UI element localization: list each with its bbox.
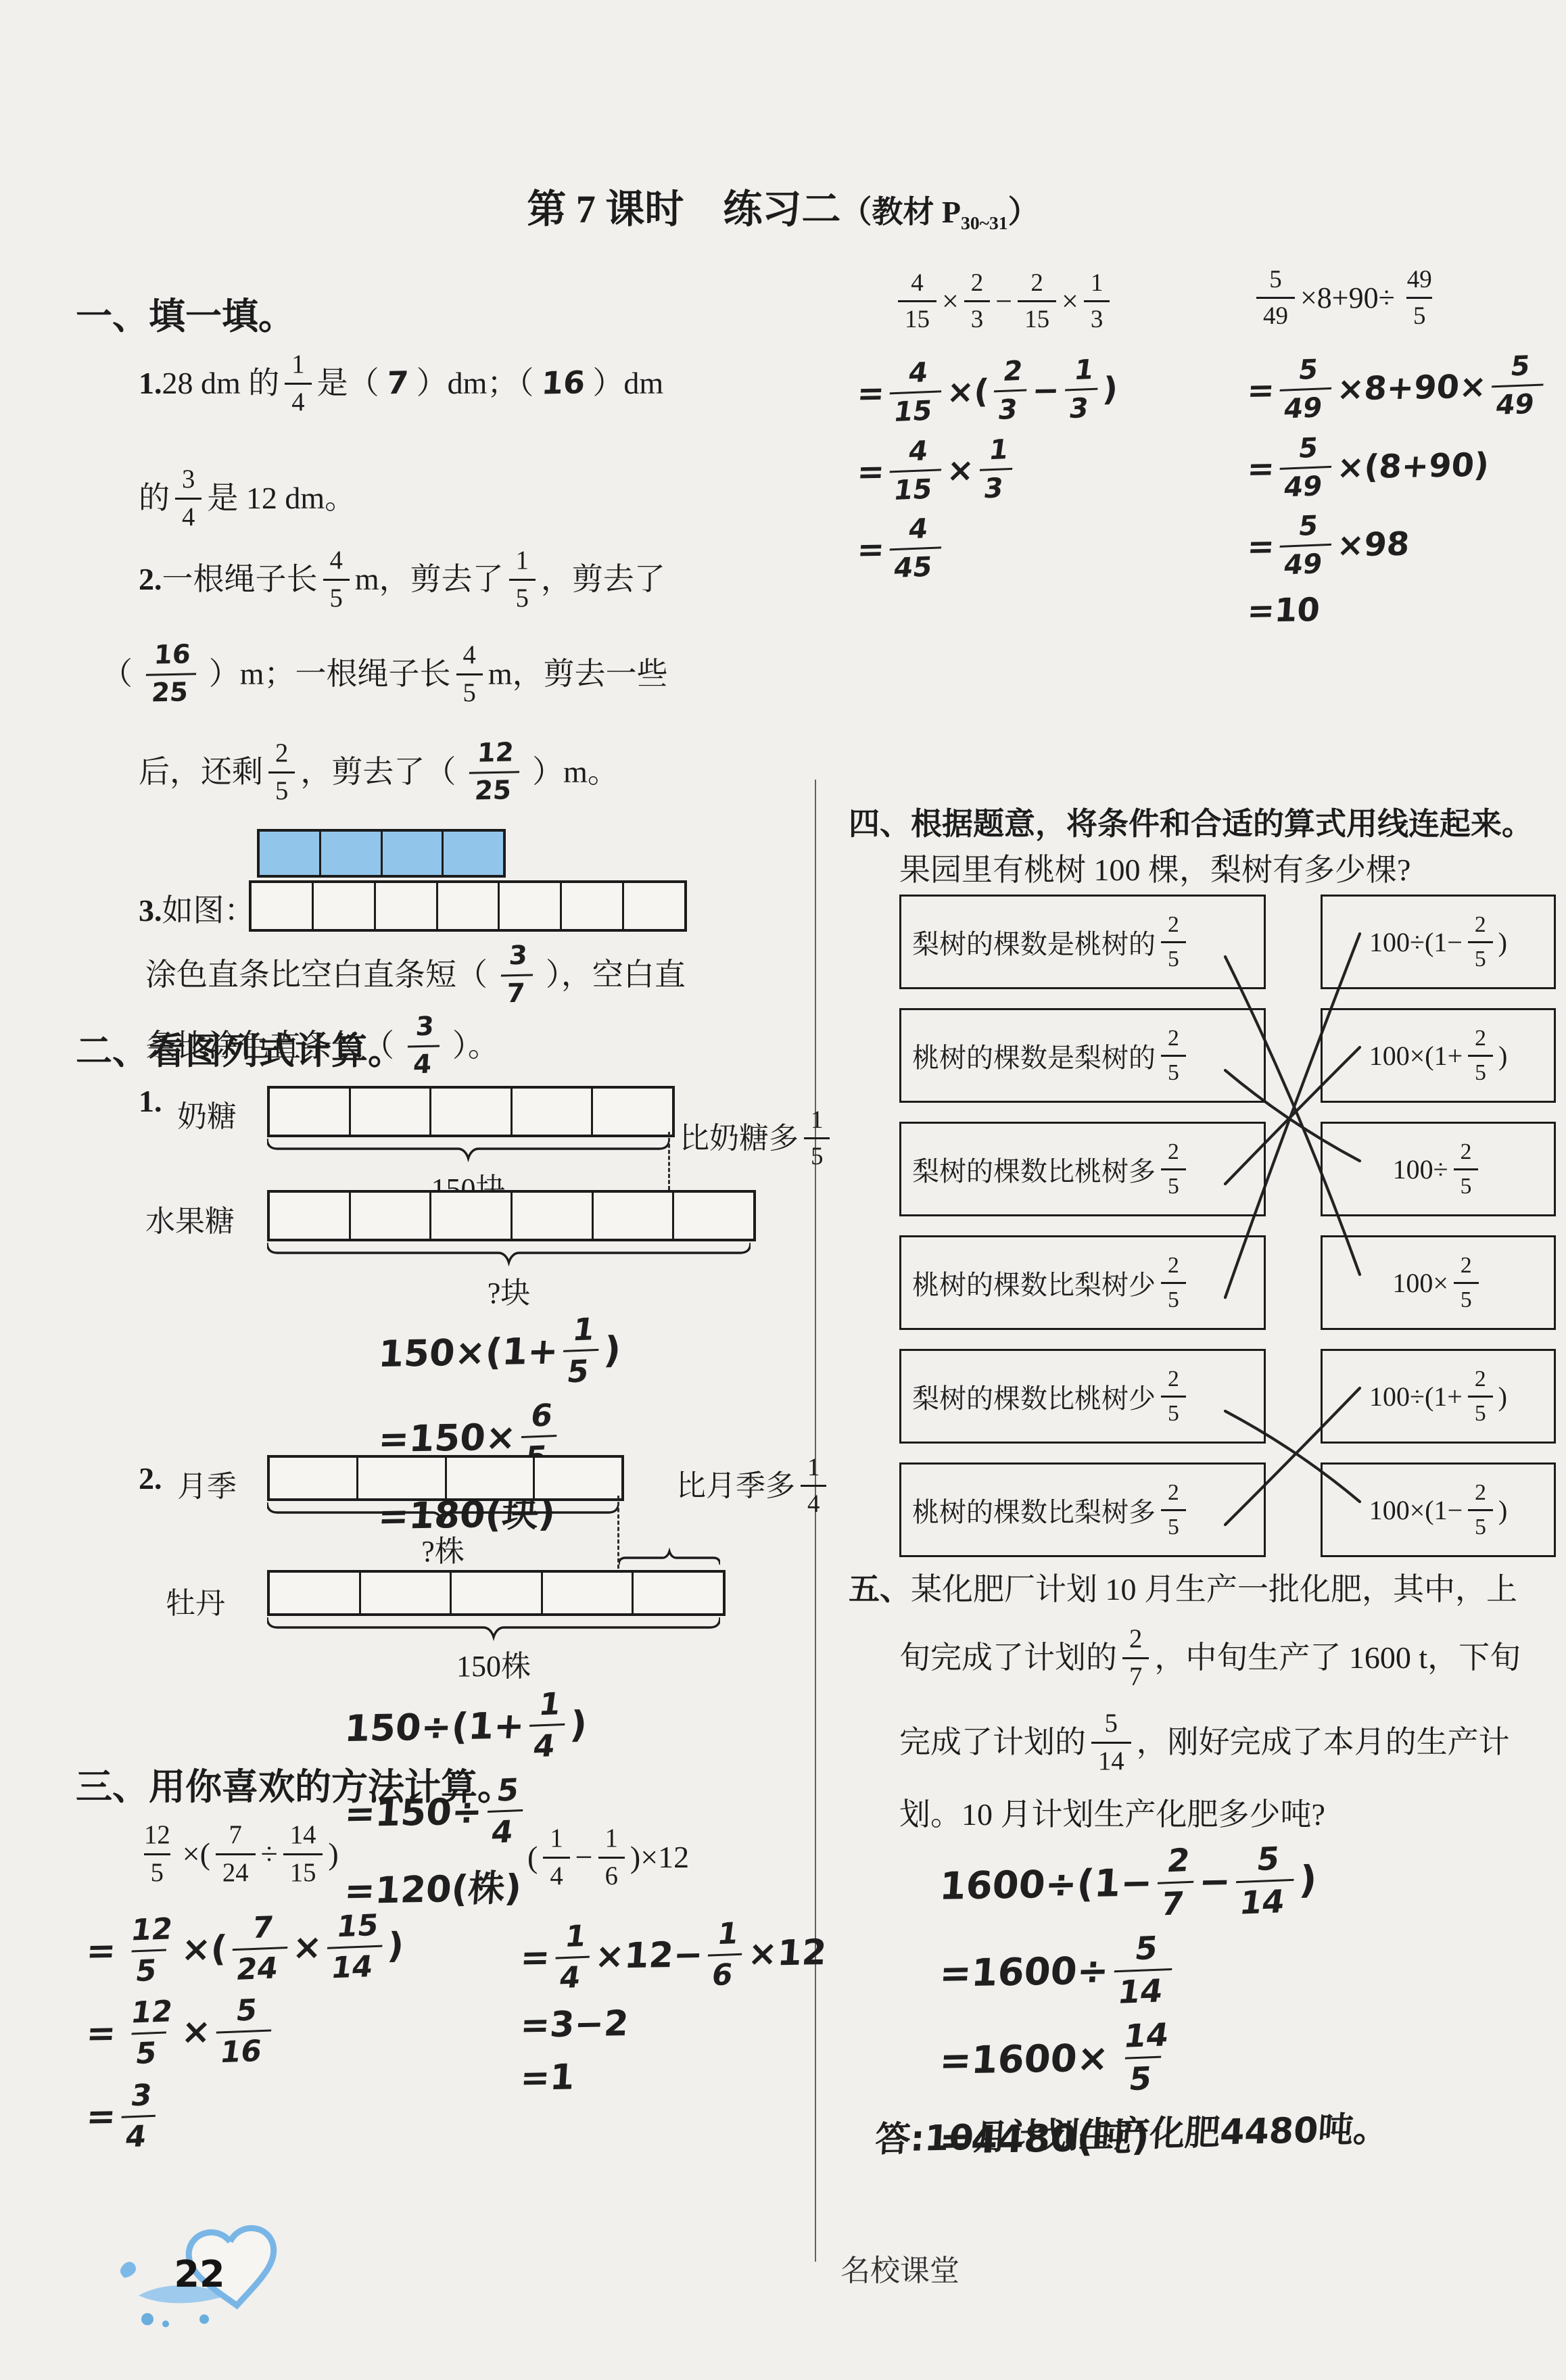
peony-brace bbox=[267, 1617, 720, 1642]
peony-label: 牡丹 bbox=[166, 1579, 225, 1622]
fraction: 514 bbox=[1109, 1932, 1177, 2009]
s5-line3: 完成了计划的514，刚好完成了本月的生产计 bbox=[899, 1711, 1510, 1774]
s2-item1-number: 1. bbox=[139, 1082, 162, 1121]
handwritten-line: =445 bbox=[855, 513, 1120, 583]
s2-item2-side-label: 比月季多14 bbox=[676, 1455, 832, 1517]
connection-line bbox=[1225, 957, 1360, 1275]
fraction: 25 bbox=[1161, 1481, 1186, 1538]
fraction: 13 bbox=[1084, 270, 1110, 332]
fruit-candy-label: 水果糖 bbox=[145, 1197, 235, 1240]
dashed-guide-line bbox=[668, 1132, 670, 1190]
fraction: 16 bbox=[703, 1919, 747, 1991]
fraction: 1625 bbox=[143, 642, 197, 707]
fraction: 724 bbox=[216, 1822, 256, 1886]
expression-box: 100×(1−25) bbox=[1321, 1462, 1556, 1557]
bar-cell bbox=[593, 1089, 672, 1135]
handwritten-line: =549×8+90×549 bbox=[1245, 352, 1551, 423]
brand-footer: 名校课堂 bbox=[840, 2246, 959, 2289]
fraction: 27 bbox=[1153, 1844, 1199, 1921]
fraction: 15 bbox=[509, 548, 536, 611]
bar-cell bbox=[270, 1573, 361, 1613]
fraction: 514 bbox=[1231, 1842, 1299, 1920]
condition-box: 桃树的棵数是梨树的25 bbox=[899, 1008, 1266, 1103]
fraction: 34 bbox=[405, 1014, 441, 1078]
peony-bar bbox=[267, 1570, 726, 1616]
fraction: 15 bbox=[559, 1314, 604, 1388]
bar-cell bbox=[270, 1089, 351, 1135]
fraction: 549 bbox=[1275, 434, 1336, 502]
fraction: 25 bbox=[1161, 1027, 1186, 1084]
extra-part-brace bbox=[619, 1547, 720, 1565]
bar-cell bbox=[513, 1193, 594, 1239]
fraction: 415 bbox=[885, 358, 946, 427]
milk-candy-label: 奶糖 bbox=[177, 1092, 237, 1135]
fraction: 37 bbox=[498, 943, 534, 1007]
handwritten-answer: 7 bbox=[385, 364, 410, 403]
bar-cell bbox=[321, 832, 383, 875]
handwritten-line: =549×98 bbox=[1245, 508, 1551, 579]
fraction: 25 bbox=[1161, 1254, 1186, 1311]
fraction: 549 bbox=[1275, 512, 1336, 580]
fraction: 724 bbox=[227, 1912, 291, 1985]
fraction: 549 bbox=[1275, 356, 1336, 424]
fraction: 14 bbox=[543, 1826, 569, 1889]
handwritten-line: =34 bbox=[84, 2076, 406, 2153]
fraction: 415 bbox=[898, 270, 936, 332]
fruit-candy-question: ?块 bbox=[267, 1268, 751, 1312]
s3-problem3: 415×23−215×13 bbox=[893, 270, 1115, 332]
handwritten-line: =1 bbox=[519, 2053, 828, 2099]
shaded-bar-diagram bbox=[257, 829, 506, 878]
fruit-candy-brace bbox=[267, 1243, 751, 1267]
bar-cell bbox=[447, 1458, 536, 1498]
bar-cell bbox=[431, 1089, 513, 1135]
bar-cell bbox=[431, 1193, 513, 1239]
s3-problem1: 125×(724÷1415) bbox=[132, 1822, 339, 1886]
fraction: 14 bbox=[525, 1688, 570, 1763]
s2-item1-side-label: 比奶糖多15 bbox=[680, 1108, 835, 1169]
bar-cell bbox=[634, 1573, 723, 1613]
s5-line2: 旬完成了计划的27，中旬生产了 1600 t，下旬 bbox=[899, 1626, 1521, 1690]
fraction: 45 bbox=[323, 548, 350, 611]
bar-cell bbox=[270, 1458, 358, 1498]
fraction: 13 bbox=[975, 435, 1017, 503]
bar-cell bbox=[438, 883, 500, 929]
bar-cell bbox=[260, 832, 321, 875]
fraction: 25 bbox=[1454, 1254, 1479, 1311]
fruit-candy-bar bbox=[267, 1190, 756, 1241]
fraction: 215 bbox=[1018, 270, 1056, 332]
s1-item1-line2: 的34是 12 dm。 bbox=[139, 467, 356, 530]
fraction: 16 bbox=[598, 1826, 625, 1889]
handwritten-line: 1600÷(1−27−514) bbox=[937, 1842, 1320, 1924]
fraction: 1514 bbox=[323, 1911, 387, 1984]
fraction: 25 bbox=[1161, 1141, 1186, 1197]
handwritten-line: 150÷(1+14) bbox=[342, 1688, 590, 1765]
fraction: 14 bbox=[801, 1455, 826, 1517]
handwritten-answer: 16 bbox=[540, 364, 586, 404]
bar-cell bbox=[351, 1089, 432, 1135]
expression-box: 100÷(1−25) bbox=[1321, 895, 1556, 989]
s1-item2-line1: 2.一根绳子长45m，剪去了15，剪去了 bbox=[139, 548, 665, 611]
condition-box: 桃树的棵数比梨树少25 bbox=[899, 1235, 1266, 1330]
fraction: 13 bbox=[1060, 356, 1102, 424]
fraction: 34 bbox=[175, 467, 201, 530]
expression-box: 100×25 bbox=[1321, 1235, 1556, 1330]
fraction: 25 bbox=[1468, 1027, 1493, 1084]
s3-problem2: (14−16)×12 bbox=[527, 1826, 689, 1889]
s3-problem4-work: =549×8+90×549=549×(8+90)=549×98=10 bbox=[1248, 355, 1548, 640]
fraction: 549 bbox=[1488, 352, 1548, 420]
fraction: 549 bbox=[1256, 267, 1295, 329]
fraction: 514 bbox=[1091, 1711, 1131, 1774]
bar-cell bbox=[674, 1193, 753, 1239]
bar-cell bbox=[358, 1458, 447, 1498]
fraction: 25 bbox=[1468, 1481, 1493, 1538]
blank-bar-diagram bbox=[249, 880, 687, 932]
bar-cell bbox=[513, 1089, 594, 1135]
milk-candy-brace bbox=[267, 1139, 669, 1163]
expression-box: 100×(1+25) bbox=[1321, 1008, 1556, 1103]
fraction: 495 bbox=[1400, 267, 1439, 329]
bar-cell bbox=[500, 883, 562, 929]
handwritten-line: =1600×145 bbox=[937, 2017, 1320, 2099]
fraction: 15 bbox=[804, 1108, 830, 1169]
workbook-page: 第 7 课时 练习二（教材 P30~31） 一、填一填。 1.28 dm 的14… bbox=[0, 0, 1566, 2380]
peony-count: 150株 bbox=[267, 1642, 720, 1685]
s3-problem2-work: =14×12−16×12=3−2=1 bbox=[521, 1920, 826, 2108]
rose-label: 月季 bbox=[177, 1462, 237, 1505]
handwritten-line: =125×516 bbox=[84, 1993, 406, 2070]
fraction: 45 bbox=[456, 642, 483, 706]
milk-candy-bar bbox=[267, 1086, 675, 1137]
condition-box: 梨树的棵数是桃树的25 bbox=[899, 895, 1266, 989]
s2-item2-number: 2. bbox=[139, 1459, 162, 1498]
fraction: 1415 bbox=[283, 1822, 323, 1886]
fraction: 25 bbox=[1468, 1368, 1493, 1425]
fraction: 445 bbox=[885, 515, 946, 584]
fraction: 125 bbox=[137, 1822, 177, 1886]
s1-item2-line2: （ 1625 ）m；一根绳子长45m，剪去一些 bbox=[101, 642, 668, 706]
condition-box: 梨树的棵数比桃树少25 bbox=[899, 1349, 1266, 1444]
fraction: 25 bbox=[1454, 1141, 1479, 1197]
fraction: 125 bbox=[116, 1997, 181, 2070]
handwritten-line: =415×(23−13) bbox=[855, 356, 1120, 427]
fraction: 23 bbox=[990, 357, 1032, 425]
fraction: 14 bbox=[550, 1922, 594, 1993]
bar-cell bbox=[562, 883, 624, 929]
bar-cell bbox=[543, 1573, 634, 1613]
page-title: 第 7 课时 练习二（教材 P30~31） bbox=[0, 177, 1566, 234]
matching-grid: 梨树的棵数是桃树的25桃树的棵数是梨树的25梨树的棵数比桃树多25桃树的棵数比梨… bbox=[899, 895, 1552, 1557]
bar-cell bbox=[624, 883, 684, 929]
condition-box: 桃树的棵数比梨树多25 bbox=[899, 1462, 1266, 1557]
fraction: 25 bbox=[268, 740, 295, 804]
bar-cell bbox=[535, 1458, 621, 1498]
rose-bar bbox=[267, 1455, 624, 1501]
title-textbook-ref: （教材 P30~31） bbox=[840, 195, 1039, 229]
handwritten-line: =14×12−16×12 bbox=[518, 1918, 829, 1993]
handwritten-line: 150×(1+15) bbox=[376, 1314, 623, 1391]
s3-problem4: 549×8+90÷495 bbox=[1251, 267, 1444, 329]
bar-cell bbox=[376, 883, 438, 929]
fraction: 145 bbox=[1109, 2019, 1177, 2096]
fraction: 516 bbox=[212, 1995, 276, 2068]
section3-header: 三、用你喜欢的方法计算。 bbox=[76, 1758, 514, 1810]
title-main: 第 7 课时 练习二 bbox=[527, 187, 840, 231]
bar-cell bbox=[270, 1193, 351, 1239]
handwritten-line: =1600÷514 bbox=[937, 1930, 1320, 2012]
s1-item1-line1: 1.28 dm 的14是（ 7 ）dm；（ 16 ）dm bbox=[139, 352, 663, 415]
rose-brace bbox=[267, 1502, 619, 1527]
rose-question: ?株 bbox=[267, 1527, 619, 1570]
expression-box: 100÷25 bbox=[1321, 1122, 1556, 1216]
bar-cell bbox=[361, 1573, 452, 1613]
fraction: 27 bbox=[1122, 1626, 1149, 1690]
handwritten-line: =549×(8+90) bbox=[1245, 431, 1551, 502]
s5-line4: 划。10 月计划生产化肥多少吨? bbox=[899, 1795, 1325, 1834]
expression-box: 100÷(1+25) bbox=[1321, 1349, 1556, 1444]
bar-cell bbox=[252, 883, 314, 929]
bar-cell bbox=[314, 883, 376, 929]
bar-cell bbox=[444, 832, 503, 875]
fraction: 415 bbox=[885, 437, 946, 505]
s1-item3-line1: 涂色直条比空白直条短（ 37 ），空白直 bbox=[145, 943, 686, 1007]
page-number: 22 bbox=[159, 2253, 240, 2295]
handwritten-line: =125×(724×1514) bbox=[84, 1911, 406, 1987]
condition-box: 梨树的棵数比桃树多25 bbox=[899, 1122, 1266, 1216]
s3-problem1-work: =125×(724×1514)=125×516=34 bbox=[87, 1913, 404, 2162]
handwritten-line: =3−2 bbox=[519, 2000, 828, 2046]
fraction: 23 bbox=[964, 270, 990, 332]
bar-cell bbox=[452, 1573, 543, 1613]
fraction: 25 bbox=[1161, 1368, 1186, 1425]
s5-line1: 五、某化肥厂计划 10 月生产一批化肥，其中，上 bbox=[849, 1570, 1517, 1609]
handwritten-line: =415×13 bbox=[855, 434, 1120, 504]
handwritten-line: =10 bbox=[1246, 587, 1550, 630]
fraction: 1225 bbox=[467, 740, 521, 805]
section4-intro: 果园里有桃树 100 棵，梨树有多少棵? bbox=[899, 851, 1410, 890]
s1-item2-line3: 后，还剩25，剪去了（ 1225 ）m。 bbox=[139, 740, 619, 804]
section2-header: 二、看图列式计算。 bbox=[76, 1022, 404, 1074]
section4-header: 四、根据题意，将条件和合适的算式用线连起来。 bbox=[849, 799, 1533, 844]
fraction: 14 bbox=[285, 352, 311, 415]
fraction: 25 bbox=[1468, 913, 1493, 970]
bar-cell bbox=[594, 1193, 675, 1239]
section1-header: 一、填一填。 bbox=[76, 287, 295, 339]
fraction: 34 bbox=[116, 2080, 160, 2151]
fraction: 125 bbox=[116, 1914, 181, 1987]
fraction: 25 bbox=[1161, 913, 1186, 970]
bar-cell bbox=[383, 832, 444, 875]
s1-item3-label: 3.如图： bbox=[139, 891, 256, 930]
s3-problem3-work: =415×(23−13)=415×13=445 bbox=[857, 358, 1118, 593]
hand-drawn-connection-lines bbox=[899, 895, 1552, 1557]
bar-cell bbox=[351, 1193, 432, 1239]
